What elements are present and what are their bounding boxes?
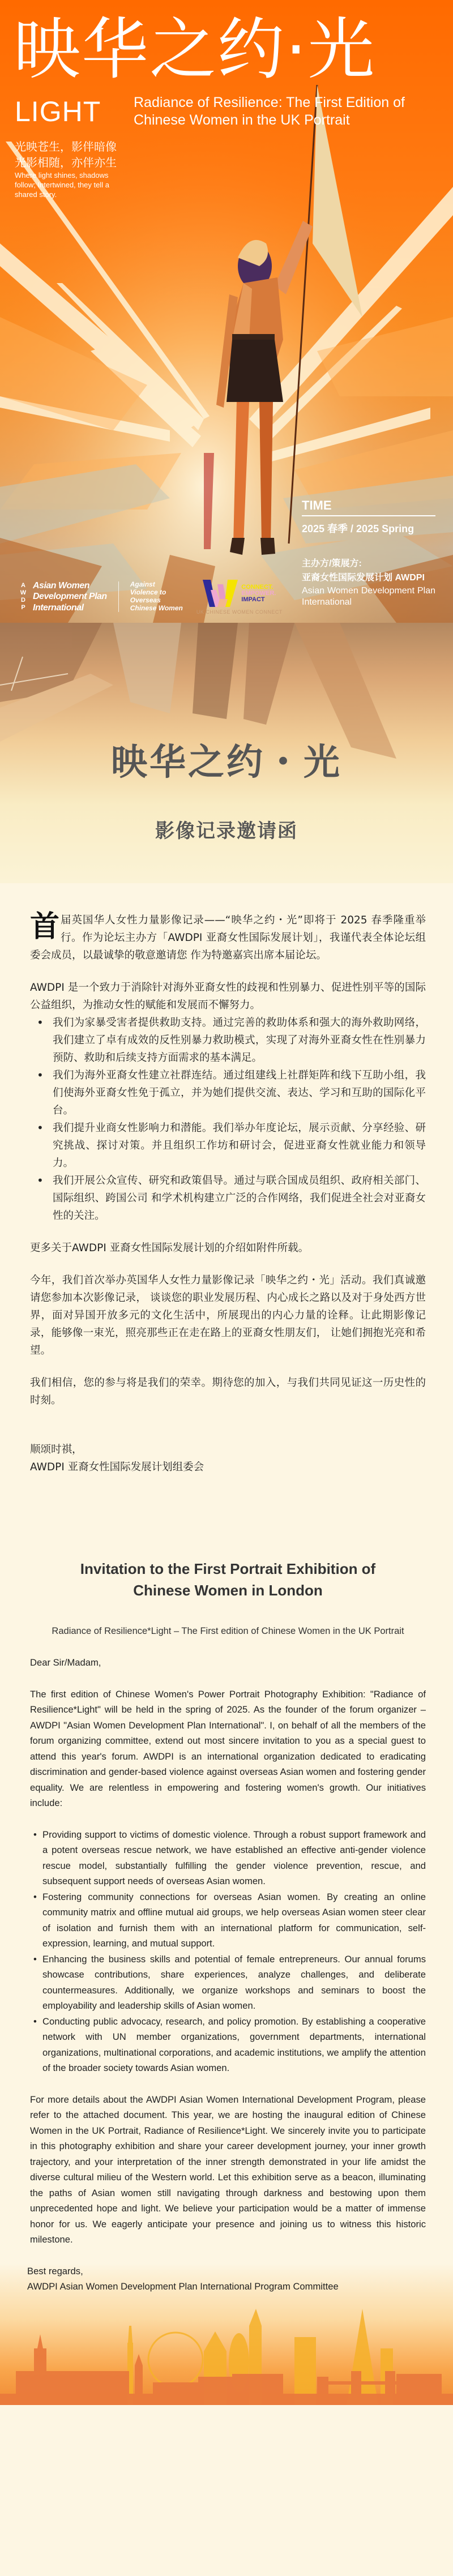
list-item: 我们开展公众宣传、研究和政策倡导。通过与联合国成员组织、政府相关部门、国际组织、… <box>30 1172 426 1225</box>
logo-divider <box>118 581 119 612</box>
organizer-name-cn: 亚裔女性国际发展计划 AWDPI <box>302 570 435 583</box>
hero-tagline-en: Where light shines, shadows follow; Inte… <box>15 171 128 200</box>
intro-text: 届英国华人女性力量影像记录——“映华之约・光”即将于 2025 春季隆重举行。作… <box>30 914 426 961</box>
slogan-impact: IMPACT <box>241 597 276 603</box>
list-item: Providing support to victims of domestic… <box>30 1827 426 1889</box>
avocw-logo-text: Against Violence to Overseas Chinese Wom… <box>130 581 183 612</box>
awdp-logo-text: Asian Women Development Plan Internation… <box>33 580 107 613</box>
hero-title-cn: 映华之约·光 <box>14 16 376 83</box>
letter-en-body: For more details about the AWDPI Asian W… <box>30 2092 426 2248</box>
awdp-name-line-3: International <box>33 602 107 613</box>
list-item: Conducting public advocacy, research, an… <box>30 2014 426 2076</box>
letter-en: Invitation to the First Portrait Exhibit… <box>30 1476 426 2248</box>
invitation-page: 映华之约·光 LIGHT Radiance of Resilience: The… <box>0 0 453 2405</box>
letter-cn-about: AWDPI 是一个致力于消除针对海外亚裔女性的歧视和性别暴力、促进性别平等的国际… <box>30 979 426 1014</box>
letter-cn-salutation: 顺颂时祺， <box>30 1441 426 1458</box>
list-item: 我们提升业商女性影响力和潜能。我们举办年度论坛，展示贡献、分享经验、研究挑战、探… <box>30 1119 426 1172</box>
london-skyline-footer: Best regards, AWDPI Asian Women Developm… <box>0 2263 453 2405</box>
letter-cn-intro: 首届英国华人女性力量影像记录——“映华之约・光”即将于 2025 春季隆重举行。… <box>30 912 426 964</box>
letter-cn: 首届英国华人女性力量影像记录——“映华之约・光”即将于 2025 春季隆重举行。… <box>30 883 426 1476</box>
letter-en-signature: AWDPI Asian Women Development Plan Inter… <box>27 2279 426 2295</box>
letter-cn-signature: AWDPI 亚裔女性国际发展计划组委会 <box>30 1458 426 1476</box>
invitation-heading: 映华之约・光 影像记录邀请函 <box>0 623 453 883</box>
letter-cn-closing: 我们相信，您的参与将是我们的荣幸。期待您的加入，与我们共同见证这一历史性的时刻。 <box>30 1374 426 1409</box>
letter-body: 首届英国华人女性力量影像记录——“映华之约・光”即将于 2025 春季隆重举行。… <box>0 883 453 2248</box>
invitation-title-cn: 映华之约・光 <box>0 733 453 785</box>
london-skyline-icon <box>0 2309 453 2405</box>
time-label: TIME <box>302 498 435 516</box>
hero-subtitle-en: Radiance of Resilience: The First Editio… <box>134 94 428 130</box>
hero-poster: 映华之约·光 LIGHT Radiance of Resilience: The… <box>0 0 453 623</box>
letter-en-title: Invitation to the First Portrait Exhibit… <box>53 1558 403 1601</box>
dropcap: 首 <box>30 913 59 941</box>
awdp-logo-mark: A W D P <box>19 582 27 611</box>
letter-cn-invitation: 今年，我们首次举办英国华人女性力量影像记录「映华之约・光」活动。我们真诚邀请您参… <box>30 1272 426 1359</box>
hero-tagline-cn: 光映苍生，影伴暗像 光影相随，亦伴亦生 <box>15 139 117 170</box>
tagline-cn-line-2: 光影相随，亦伴亦生 <box>15 155 117 170</box>
time-value: 2025 春季 / 2025 Spring <box>302 521 435 536</box>
letter-en-subtitle: Radiance of Resilience*Light – The First… <box>30 1624 426 1639</box>
invitation-subtitle-cn: 影像记录邀请函 <box>0 815 453 843</box>
letter-en-salutation: Best regards, <box>27 2263 426 2279</box>
organizer-label: 主办方/策展方: <box>302 556 435 569</box>
list-item: 我们为海外亚裔女性建立社群连结。通过组建线上社群矩阵和线下互助小组，我们使海外亚… <box>30 1067 426 1119</box>
letter-en-greeting: Dear Sir/Madam, <box>30 1655 426 1671</box>
letter-en-signoff: Best regards, AWDPI Asian Women Developm… <box>27 2263 426 2295</box>
w-logo-icon <box>203 579 240 608</box>
awdp-name-line-1: Asian Women <box>33 580 107 591</box>
avocw-line-3: Overseas <box>130 597 183 605</box>
initiatives-list-en: Providing support to victims of domestic… <box>30 1827 426 2076</box>
avocw-line-1: Against <box>130 581 183 589</box>
letter-cn-more-info: 更多关于AWDPI 亚裔女性国际发展计划的介绍如附件所载。 <box>30 1239 426 1257</box>
organizer-name-en: Asian Women Development Plan Internation… <box>302 585 435 608</box>
list-item: 我们为家暴受害者提供救助支持。通过完善的救助体系和强大的海外救助网络，我们建立了… <box>30 1014 426 1067</box>
list-item: Fostering community connections for over… <box>30 1889 426 1952</box>
ukcwc-slogan: CONNECT. EMPOWER. IMPACT <box>241 584 276 603</box>
awdp-name-line-2: Development Plan <box>33 591 107 602</box>
avocw-line-4: Chinese Women <box>130 605 183 613</box>
tagline-cn-line-1: 光映苍生，影伴暗像 <box>15 139 117 155</box>
letter-en-intro: The first edition of Chinese Women's Pow… <box>30 1687 426 1811</box>
slogan-empower: EMPOWER. <box>241 590 276 597</box>
list-item: Enhancing the business skills and potent… <box>30 1952 426 2014</box>
ukcwc-name: UK CHINESE WOMEN CONNECT <box>196 609 283 615</box>
initiatives-list-cn: 我们为家暴受害者提供救助支持。通过完善的救助体系和强大的海外救助网络，我们建立了… <box>30 1014 426 1225</box>
avocw-line-2: Violence to <box>130 589 183 597</box>
ukcwc-logo: CONNECT. EMPOWER. IMPACT UK CHINESE WOME… <box>196 579 283 615</box>
partner-logos: A W D P Asian Women Development Plan Int… <box>19 580 283 614</box>
slogan-connect: CONNECT. <box>241 584 276 590</box>
hero-title-en: LIGHT <box>15 95 101 128</box>
event-info: TIME 2025 春季 / 2025 Spring 主办方/策展方: 亚裔女性… <box>302 498 435 623</box>
